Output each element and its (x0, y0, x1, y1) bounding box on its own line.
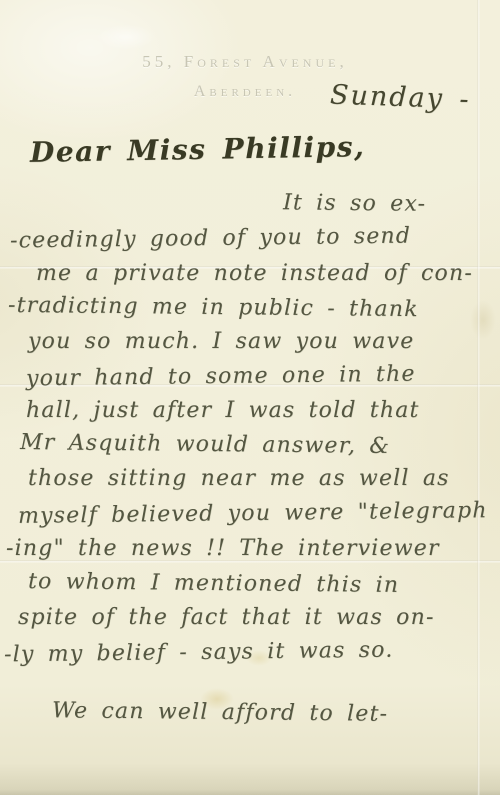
letter-line: to whom I mentioned this in (28, 571, 399, 597)
paper-edge-crease (477, 0, 480, 795)
letter-line: -ceedingly good of you to send (10, 226, 411, 253)
letter-line: spite of the fact that it was on- (18, 607, 435, 629)
salutation: Dear Miss Phillips, (30, 133, 366, 167)
letter-line: those sitting near me as well as (28, 468, 450, 490)
letter-line: -ly my belief - says it was so. (4, 640, 394, 667)
letter-line: you so much. I saw you wave (28, 331, 414, 353)
letter-line: your hand to some one in the (26, 364, 416, 391)
letter-line: It is so ex- (283, 192, 426, 215)
letter-line: -tradicting me in public - thank (8, 295, 419, 321)
date-note: Sunday - (330, 82, 471, 114)
letter-scan: 55, Forest Avenue, Aberdeen. Sunday - De… (0, 0, 500, 795)
letterhead-address-line1: 55, Forest Avenue, (95, 52, 395, 72)
letter-line: Mr Asquith would answer, & (20, 432, 390, 458)
letter-line: myself believed you were "telegraph (18, 500, 488, 528)
letter-line: -ing" the news !! The interviewer (6, 538, 440, 560)
paper-highlight (96, 24, 156, 50)
letter-line: hall, just after I was told that (26, 400, 420, 422)
letter-line: We can well afford to let- (52, 700, 388, 726)
stain (470, 300, 496, 340)
letter-line: me a private note instead of con- (36, 263, 473, 285)
